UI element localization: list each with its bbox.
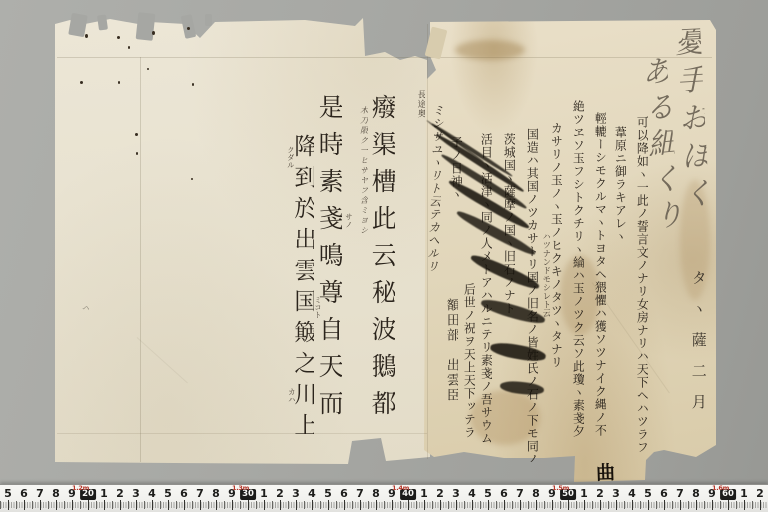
paper-speck — [192, 83, 194, 86]
tape-cm-number: 4 — [148, 487, 156, 500]
tape-cm-tick — [424, 500, 425, 510]
text-column-margin-note: タヽ薩二月 — [691, 270, 706, 425]
tape-cm-tick — [168, 500, 169, 510]
paper-speck — [136, 152, 138, 155]
tape-cm-number: 3 — [452, 487, 460, 500]
tape-cm-tick — [696, 500, 697, 510]
tape-cm-number: 4 — [628, 487, 636, 500]
tape-cm-tick — [536, 500, 537, 510]
tape-cm-number: 7 — [356, 487, 364, 500]
tape-cm-number: 6 — [500, 487, 508, 500]
tape-cm-tick — [56, 500, 57, 510]
tape-cm-number: 3 — [292, 487, 300, 500]
tape-cm-tick — [744, 500, 745, 510]
tape-cm-number: 2 — [116, 487, 124, 500]
paper-speck — [80, 81, 83, 84]
tape-cm-tick — [392, 500, 393, 510]
tape-cm-tick — [152, 500, 153, 510]
tape-cm-number: 8 — [532, 487, 540, 500]
tape-cm-tick — [712, 500, 713, 510]
tape-cm-tick — [264, 500, 265, 510]
paper-stain — [455, 40, 525, 60]
tape-cm-tick — [376, 500, 377, 510]
crease-line — [140, 57, 141, 462]
tape-meter-label: 1.5m — [552, 484, 569, 492]
crease-line — [57, 433, 427, 434]
text-column-interlinear: ハツナンドモシレト云 — [541, 232, 550, 317]
paper-speck — [135, 133, 138, 136]
crease-line — [57, 57, 712, 58]
tape-cm-tick — [88, 500, 89, 510]
tape-cm-tick — [600, 500, 601, 510]
tape-meter-label: 1.3m — [232, 484, 249, 492]
tape-cm-number: 1 — [580, 487, 588, 500]
tape-cm-number: 6 — [20, 487, 28, 500]
tape-cm-tick — [760, 500, 761, 510]
text-column-furigana: カハ — [288, 388, 296, 403]
tape-cm-tick — [632, 500, 633, 510]
tape-cm-number: 7 — [36, 487, 44, 500]
text-column-furigana: クダル — [287, 146, 295, 169]
tape-cm-number: 5 — [484, 487, 492, 500]
tape-cm-tick — [472, 500, 473, 510]
text-column-furigana: サノ — [345, 213, 353, 228]
tape-cm-tick — [520, 500, 521, 510]
text-column-commentary: 絶ツヱソ玉フシトクチリヽ綸ハ玉ノツク云ソ此瓊ヽ素戔夕 — [572, 100, 584, 438]
tape-cm-number: 6 — [340, 487, 348, 500]
tape-cm-number: 2 — [276, 487, 284, 500]
tape-cm-number: 8 — [372, 487, 380, 500]
paper-tear — [205, 14, 212, 26]
paper-speck — [128, 46, 130, 49]
tape-cm-tick — [104, 500, 105, 510]
paper-speck — [147, 68, 149, 70]
tape-cm-tick — [216, 500, 217, 510]
tape-cm-tick — [664, 500, 665, 510]
tape-cm-tick — [728, 500, 729, 510]
tape-cm-tick — [680, 500, 681, 510]
paper-tear — [97, 14, 108, 30]
tape-cm-tick — [360, 500, 361, 510]
tape-cm-number: 7 — [516, 487, 524, 500]
tape-cm-tick — [232, 500, 233, 510]
tape-cm-number: 8 — [212, 487, 220, 500]
text-column-faint-mark: ヘ — [79, 303, 89, 313]
tape-cm-number: 1 — [740, 487, 748, 500]
tape-cm-number: 1 — [260, 487, 268, 500]
tape-cm-tick — [296, 500, 297, 510]
tape-cm-number: 7 — [676, 487, 684, 500]
tape-cm-tick — [440, 500, 441, 510]
tape-cm-tick — [200, 500, 201, 510]
text-column-main: 癈渠槽此云秘波鵝都 — [370, 94, 395, 427]
tape-meter-label: 1.4m — [392, 484, 409, 492]
tape-cm-number: 2 — [596, 487, 604, 500]
text-column-commentary: 国造ハ其国ノツカサトリ国ノ旧名ノ皆姓氏ノ石ノ下モ同ノ — [526, 128, 538, 462]
tape-cm-number: 1 — [100, 487, 108, 500]
text-column-main: 是時素戔鳴尊自天而 — [317, 94, 342, 427]
tape-meter-label: 1.2m — [72, 484, 89, 492]
tape-cm-tick — [24, 500, 25, 510]
tape-cm-tick — [456, 500, 457, 510]
tape-cm-tick — [504, 500, 505, 510]
tape-cm-tick — [248, 500, 249, 510]
paper-speck — [118, 81, 120, 84]
text-column-interlinear: 木刀限ク一ヒサヤフ含ミヨシ — [360, 106, 368, 236]
tape-cm-tick — [280, 500, 281, 510]
text-column-commentary: カサリノ玉ノヽ玉ノヒクキノタツヽタナリ — [550, 122, 562, 369]
tape-cm-number: 1 — [420, 487, 428, 500]
tape-cm-number: 5 — [164, 487, 172, 500]
tape-cm-number: 3 — [612, 487, 620, 500]
photo-stage: 憂手おほくある細くりタヽ薩二月可以降如ヽ一此ノ誓言文ノナリ女房ナリハ天下ヘハツラ… — [0, 0, 768, 512]
tape-mm-ticks — [0, 502, 768, 508]
tape-cm-number: 2 — [436, 487, 444, 500]
tape-cm-tick — [552, 500, 553, 510]
tape-cm-number: 2 — [756, 487, 764, 500]
paper-tear — [136, 12, 156, 41]
measuring-tape: 56789201.2m123456789301.3m123456789401.4… — [0, 484, 768, 512]
tape-cm-tick — [184, 500, 185, 510]
paper-speck — [117, 36, 120, 39]
text-column-commentary: 后世ノ祝ヲ天上天下ッテラ — [463, 283, 475, 439]
tape-cm-number: 4 — [468, 487, 476, 500]
tape-cm-number: 4 — [308, 487, 316, 500]
tape-cm-tick — [72, 500, 73, 510]
tape-cm-number: 8 — [52, 487, 60, 500]
paper-speck — [152, 31, 155, 35]
tape-cm-number: 3 — [132, 487, 140, 500]
text-column-commentary: 輕轆ーシモクルマヽトヨタヘ猥懼ハ獲ソツナイク縄ノ不 — [594, 112, 606, 437]
tape-cm-number: 6 — [660, 487, 668, 500]
tape-cm-tick — [136, 500, 137, 510]
tape-cm-tick — [408, 500, 409, 510]
tape-cm-number: 8 — [692, 487, 700, 500]
text-column-commentary: 可以降如ヽ一此ノ誓言文ノナリ女房ナリハ天下ヘハツラフ — [636, 116, 648, 454]
tape-cm-number: 6 — [180, 487, 188, 500]
tape-cm-tick — [40, 500, 41, 510]
text-column-caption: 長途奥 — [416, 90, 425, 119]
text-column-furigana: ミコト — [314, 296, 322, 319]
tape-cm-tick — [488, 500, 489, 510]
tape-cm-tick — [312, 500, 313, 510]
paper-speck — [191, 178, 193, 180]
paper-speck — [85, 34, 88, 38]
tape-cm-number: 5 — [4, 487, 12, 500]
text-column-commentary: 茨城国ヽ薩摩ノ国ヽ旧石ノナト — [503, 133, 515, 315]
text-column-commentary: 葦原ニ御ラキアレヽ — [614, 126, 626, 243]
tape-cm-tick — [344, 500, 345, 510]
tape-cm-tick — [8, 500, 9, 510]
ink-seal-mark: 曲 — [596, 458, 616, 486]
tape-cm-tick — [328, 500, 329, 510]
text-column-commentary: 額田部 出雲臣 — [445, 298, 458, 403]
tape-cm-number: 5 — [644, 487, 652, 500]
tape-cm-tick — [120, 500, 121, 510]
paper-speck — [187, 27, 190, 30]
tape-cm-tick — [584, 500, 585, 510]
tape-cm-tick — [568, 500, 569, 510]
tape-cm-number: 5 — [324, 487, 332, 500]
tape-cm-tick — [648, 500, 649, 510]
tape-cm-tick — [616, 500, 617, 510]
tape-cm-number: 7 — [196, 487, 204, 500]
tape-meter-label: 1.6m — [712, 484, 729, 492]
